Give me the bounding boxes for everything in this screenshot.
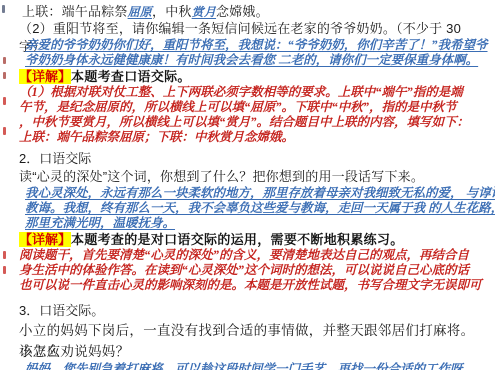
- question-prompt: 该怎么劝说妈妈？: [19, 341, 477, 362]
- question-2-prompt: （2）重阳节将至，请你编辑一条短信问候远在老家的爷爷奶奶。（不少于 30 字）: [19, 20, 477, 38]
- couplet-text: 上联：端午品粽祭: [22, 4, 128, 19]
- section-3-header: 3．口语交际。: [19, 302, 477, 320]
- scan-mark: [3, 127, 6, 135]
- explanation-line: 阅读题干，首先要清楚“心灵的深处”的含义，要清楚地表达自己的观点，再结合自: [19, 248, 477, 263]
- question-prompt: 读“心灵的深处”这个词，你想到了什么？把你想到的用一段话写下来。: [19, 168, 477, 186]
- couplet-blank-answer: 赏月: [192, 5, 216, 19]
- detail-intro: 本题考查口语交际。: [71, 69, 191, 84]
- detail-intro: 本题考查的是对口语交际的运用，需要不断地积累练习。: [71, 232, 404, 247]
- scan-mark: [3, 251, 6, 259]
- scan-mark: [3, 57, 6, 64]
- couplet-line: 上联：端午品粽祭屈原，中秋赏月念嫦娥。: [19, 3, 477, 20]
- section-2-header: 2．口语交际: [19, 150, 477, 168]
- handwritten-answer-line: 亲爱的爷爷奶奶你们好，重阳节将至，我想说：“爷爷奶奶，你们辛苦了！”我希望爷: [19, 38, 477, 53]
- detail-label-highlight: 【详解】: [19, 69, 71, 84]
- detail-explanation-heading: 【详解】本题考查的是对口语交际的运用，需要不断地积累练习。: [19, 231, 477, 248]
- detail-label-highlight: 【详解】: [19, 232, 71, 247]
- exam-answer-document: 上联：端午品粽祭屈原，中秋赏月念嫦娥。 （2）重阳节将至，请你编辑一条短信问候远…: [0, 0, 495, 370]
- scan-mark: [3, 266, 6, 274]
- handwritten-answer-line: 爷奶奶身体永远健健康康！有时间我会去看您 二老的，请你们一定要保重身体啊。: [19, 53, 477, 68]
- couplet-text: 念嫦娥。: [216, 4, 269, 19]
- handwritten-answer-line: 我心灵深处，永远有那么一块柔软的地方，那里存放着母亲对我细致无私的爱， 与谆谆: [19, 186, 477, 201]
- explanation-line: 也可以说一件直击心灵的影响深刻的是。本题是开放性试题，书写合理文字无误即可: [19, 278, 477, 293]
- document-body: 上联：端午品粽祭屈原，中秋赏月念嫦娥。 （2）重阳节将至，请你编辑一条短信问候远…: [19, 3, 477, 370]
- question-prompt: 小立的妈妈下岗后，一直没有找到合适的事情做，并整天跟邻居们打麻将。小立应: [19, 320, 477, 341]
- explanation-line: 上联：端午品粽祭屈原；下联：中秋赏月念嫦娥。: [19, 130, 477, 145]
- explanation-line: （1）根据对联对仗工整、上下两联必须字数相等的要求。上联中“端午”指的是端: [19, 85, 477, 100]
- explanation-line: 身生活中的体验作答。在读到“心灵深处”这个词时的想法，可以说说自己心底的话: [19, 263, 477, 278]
- explanation-line: 午节，是纪念屈原的，所以横线上可以填“屈原”。下联中“中秋”，指的是中秋节: [19, 100, 477, 115]
- couplet-text: ，中秋: [152, 4, 192, 19]
- scan-mark: [2, 5, 5, 13]
- handwritten-answer-line: 那里充满光明，温暖抚身。: [19, 216, 477, 231]
- scan-mark: [3, 72, 6, 79]
- detail-explanation-heading: 【详解】本题考查口语交际。: [19, 68, 477, 85]
- couplet-blank-answer: 屈原: [128, 5, 152, 19]
- explanation-line: ，中秋节要赏月，所以横线上可以填“赏月”。结合题目中上联的内容，填写如下：: [19, 115, 477, 130]
- scan-mark: [3, 97, 6, 105]
- handwritten-answer-line-clipped: 妈妈，您先别急着打麻将，可以趁这段时间学一门手艺，再找一份合适的工作呀: [19, 362, 477, 370]
- handwritten-answer-line: 教诲。我想，终有那么一天，我不会辜负这些爱与教诲，走回一天属于我 的人生花路，: [19, 201, 477, 216]
